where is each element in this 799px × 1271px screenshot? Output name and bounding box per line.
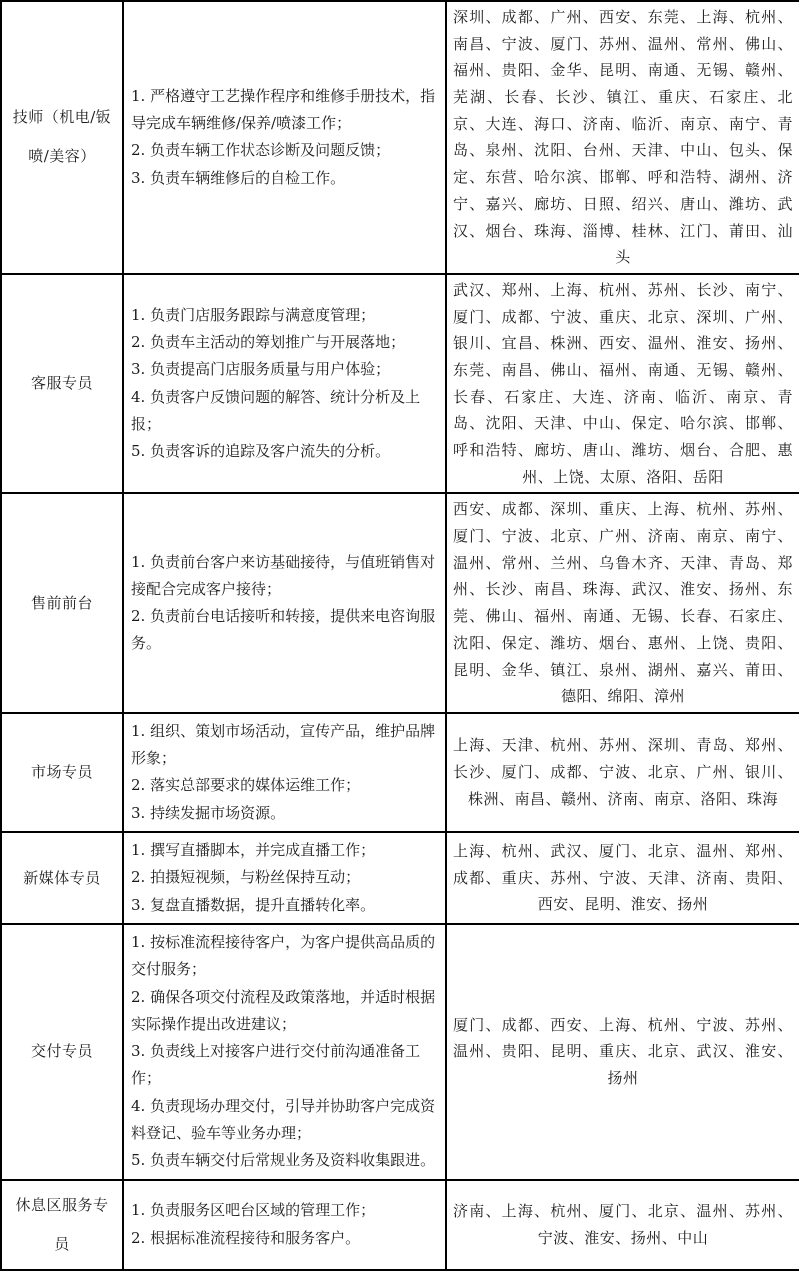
job-duties: 1. 按标准流程接待客户，为客户提供高品质的交付服务； 2. 确保各项交付流程及… xyxy=(123,924,446,1180)
job-duties: 1. 负责前台客户来访基础接待，与值班销售对接配合完成客户接待； 2. 负责前台… xyxy=(123,493,446,713)
job-cities: 济南、上海、杭州、厦门、北京、温州、苏州、宁波、淮安、扬州、中山 xyxy=(446,1180,799,1270)
job-duties: 1. 负责服务区吧台区域的管理工作； 2. 根据标准流程接待和服务客户。 xyxy=(123,1180,446,1270)
job-cities: 武汉、郑州、上海、杭州、苏州、长沙、南宁、厦门、成都、宁波、重庆、北京、深圳、广… xyxy=(446,274,799,494)
table-row: 客服专员 1. 负责门店服务跟踪与满意度管理； 2. 负责车主活动的筹划推广与开… xyxy=(1,274,799,494)
job-title: 市场专员 xyxy=(1,713,123,832)
job-title: 售前前台 xyxy=(1,493,123,713)
job-duties: 1. 负责门店服务跟踪与满意度管理； 2. 负责车主活动的筹划推广与开展落地； … xyxy=(123,274,446,494)
job-title: 交付专员 xyxy=(1,924,123,1180)
job-cities: 深圳、成都、广州、西安、东莞、上海、杭州、南昌、宁波、厦门、苏州、温州、常州、佛… xyxy=(446,1,799,274)
table-row: 售前前台 1. 负责前台客户来访基础接待，与值班销售对接配合完成客户接待； 2.… xyxy=(1,493,799,713)
job-cities: 上海、天津、杭州、苏州、深圳、青岛、郑州、长沙、厦门、成都、宁波、北京、广州、银… xyxy=(446,713,799,832)
job-cities: 厦门、成都、西安、上海、杭州、宁波、苏州、温州、贵阳、昆明、重庆、北京、武汉、淮… xyxy=(446,924,799,1180)
job-positions-table: 技师（机电/钣喷/美容） 1. 严格遵守工艺操作程序和维修手册技术，指导完成车辆… xyxy=(0,0,799,1271)
job-duties: 1. 撰写直播脚本，并完成直播工作； 2. 拍摄短视频，与粉丝保持互动； 3. … xyxy=(123,832,446,924)
job-cities: 西安、成都、深圳、重庆、上海、杭州、苏州、厦门、宁波、北京、广州、济南、南京、南… xyxy=(446,493,799,713)
table-row: 新媒体专员 1. 撰写直播脚本，并完成直播工作； 2. 拍摄短视频，与粉丝保持互… xyxy=(1,832,799,924)
job-title: 客服专员 xyxy=(1,274,123,494)
table-row: 交付专员 1. 按标准流程接待客户，为客户提供高品质的交付服务； 2. 确保各项… xyxy=(1,924,799,1180)
table-row: 休息区服务专员 1. 负责服务区吧台区域的管理工作； 2. 根据标准流程接待和服… xyxy=(1,1180,799,1270)
job-title: 休息区服务专员 xyxy=(1,1180,123,1270)
job-title: 技师（机电/钣喷/美容） xyxy=(1,1,123,274)
job-duties: 1. 严格遵守工艺操作程序和维修手册技术，指导完成车辆维修/保养/喷漆工作； 2… xyxy=(123,1,446,274)
table-row: 市场专员 1. 组织、策划市场活动，宣传产品，维护品牌形象； 2. 落实总部要求… xyxy=(1,713,799,832)
job-cities: 上海、杭州、武汉、厦门、北京、温州、郑州、成都、重庆、苏州、宁波、天津、济南、贵… xyxy=(446,832,799,924)
table-row: 技师（机电/钣喷/美容） 1. 严格遵守工艺操作程序和维修手册技术，指导完成车辆… xyxy=(1,1,799,274)
job-duties: 1. 组织、策划市场活动，宣传产品，维护品牌形象； 2. 落实总部要求的媒体运维… xyxy=(123,713,446,832)
job-title: 新媒体专员 xyxy=(1,832,123,924)
